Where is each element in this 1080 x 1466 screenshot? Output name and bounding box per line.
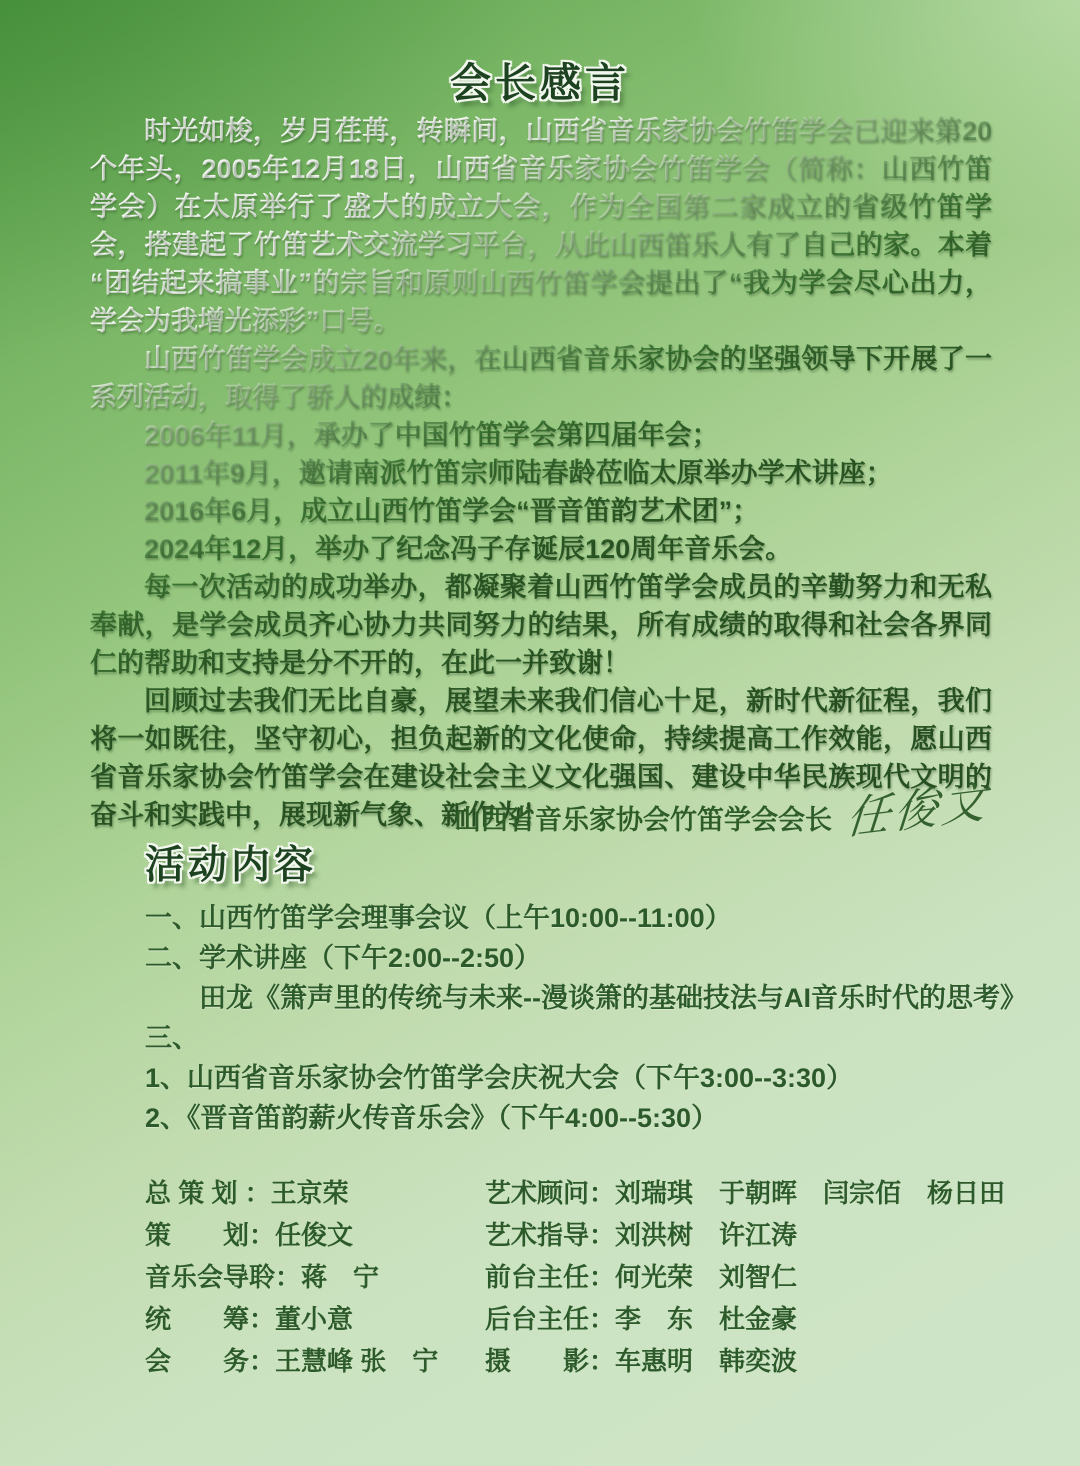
remarks-paragraph-1: 时光如梭，岁月荏苒，转瞬间，山西省音乐家协会竹笛学会已迎来第20个年头，2005… bbox=[90, 112, 992, 340]
signature-row: 山西省音乐家协会竹笛学会会长任俊文 bbox=[454, 778, 990, 842]
credit-label: 会 务： bbox=[145, 1346, 275, 1376]
agenda-title: 活动内容 bbox=[145, 834, 317, 890]
credit-label: 艺术指导： bbox=[485, 1220, 615, 1250]
remarks-title: 会长感言 bbox=[0, 50, 1080, 109]
credit-front-stage: 前台主任：何光荣 刘智仁 bbox=[485, 1256, 1020, 1298]
achievement-item-2011: 2011年9月，邀请南派竹笛宗师陆春龄莅临太原举办学术讲座； bbox=[90, 454, 992, 492]
agenda-list: 一、山西竹笛学会理事会议（上午10:00--11:00） 二、学术讲座（下午2:… bbox=[145, 898, 1020, 1138]
achievement-item-2016: 2016年6月，成立山西竹笛学会“晋音笛韵艺术团”； bbox=[90, 492, 992, 530]
agenda-item-3-2: 2、《晋音笛韵薪火传音乐会》（下午4:00--5:30） bbox=[145, 1098, 1020, 1138]
remarks-paragraph-3: 每一次活动的成功举办，都凝聚着山西竹笛学会成员的辛勤努力和无私奉献，是学会成员齐… bbox=[90, 568, 992, 682]
credit-planner: 策 划：任俊文 bbox=[145, 1214, 485, 1256]
credit-names: 刘洪树 许江涛 bbox=[615, 1220, 797, 1250]
credit-names: 刘瑞琪 于朝晖 闫宗佰 杨日田 bbox=[615, 1178, 1005, 1208]
achievement-item-2024: 2024年12月，举办了纪念冯子存诞辰120周年音乐会。 bbox=[90, 530, 992, 568]
credit-label: 策 划： bbox=[145, 1220, 275, 1250]
agenda-item-2-lecture: 田龙《箫声里的传统与未来--漫谈箫的基础技法与AI音乐时代的思考》 bbox=[145, 978, 1020, 1018]
credit-art-directors: 艺术指导：刘洪树 许江涛 bbox=[485, 1214, 1020, 1256]
credit-label: 艺术顾问： bbox=[485, 1178, 615, 1208]
agenda-item-1: 一、山西竹笛学会理事会议（上午10:00--11:00） bbox=[145, 898, 1020, 938]
remarks-paragraph-2: 山西竹笛学会成立20年来，在山西省音乐家协会的坚强领导下开展了一系列活动，取得了… bbox=[90, 340, 992, 416]
credit-chief-planner: 总 策 划 ：王京荣 bbox=[145, 1172, 485, 1214]
credit-concert-host: 音乐会导聆：蒋 宁 bbox=[145, 1256, 485, 1298]
credit-coordinator: 统 筹：董小意 bbox=[145, 1298, 485, 1340]
credit-label: 前台主任： bbox=[485, 1262, 615, 1292]
credit-label: 统 筹： bbox=[145, 1304, 275, 1334]
credit-label: 总 策 划 ： bbox=[145, 1178, 271, 1208]
credit-names: 何光荣 刘智仁 bbox=[615, 1262, 797, 1292]
credits-grid: 总 策 划 ：王京荣 艺术顾问：刘瑞琪 于朝晖 闫宗佰 杨日田 策 划：任俊文 … bbox=[145, 1172, 1020, 1382]
credit-names: 王京荣 bbox=[271, 1178, 349, 1208]
achievement-item-2006: 2006年11月，承办了中国竹笛学会第四届年会； bbox=[90, 416, 992, 454]
signature-label: 山西省音乐家协会竹笛学会会长 bbox=[454, 805, 832, 835]
credit-names: 王慧峰 张 宁 bbox=[275, 1346, 438, 1376]
credit-back-stage: 后台主任：李 东 杜金豪 bbox=[485, 1298, 1020, 1340]
agenda-item-3-1: 1、山西省音乐家协会竹笛学会庆祝大会（下午3:00--3:30） bbox=[145, 1058, 1020, 1098]
credit-affairs: 会 务：王慧峰 张 宁 bbox=[145, 1340, 485, 1382]
credit-names: 蒋 宁 bbox=[301, 1262, 379, 1292]
credit-photography: 摄 影：车惠明 韩奕波 bbox=[485, 1340, 1020, 1382]
president-remarks: 时光如梭，岁月荏苒，转瞬间，山西省音乐家协会竹笛学会已迎来第20个年头，2005… bbox=[90, 112, 992, 834]
credit-label: 音乐会导聆： bbox=[145, 1262, 301, 1292]
credit-names: 任俊文 bbox=[275, 1220, 353, 1250]
program-page: 会长感言 时光如梭，岁月荏苒，转瞬间，山西省音乐家协会竹笛学会已迎来第20个年头… bbox=[0, 0, 1080, 1466]
agenda-item-3: 三、 bbox=[145, 1018, 1020, 1058]
credit-art-advisors: 艺术顾问：刘瑞琪 于朝晖 闫宗佰 杨日田 bbox=[485, 1172, 1020, 1214]
credit-label: 摄 影： bbox=[485, 1346, 615, 1376]
credit-names: 车惠明 韩奕波 bbox=[615, 1346, 797, 1376]
credit-names: 李 东 杜金豪 bbox=[615, 1304, 797, 1334]
agenda-item-2: 二、学术讲座（下午2:00--2:50） bbox=[145, 938, 1020, 978]
credit-names: 董小意 bbox=[275, 1304, 353, 1334]
credit-label: 后台主任： bbox=[485, 1304, 615, 1334]
